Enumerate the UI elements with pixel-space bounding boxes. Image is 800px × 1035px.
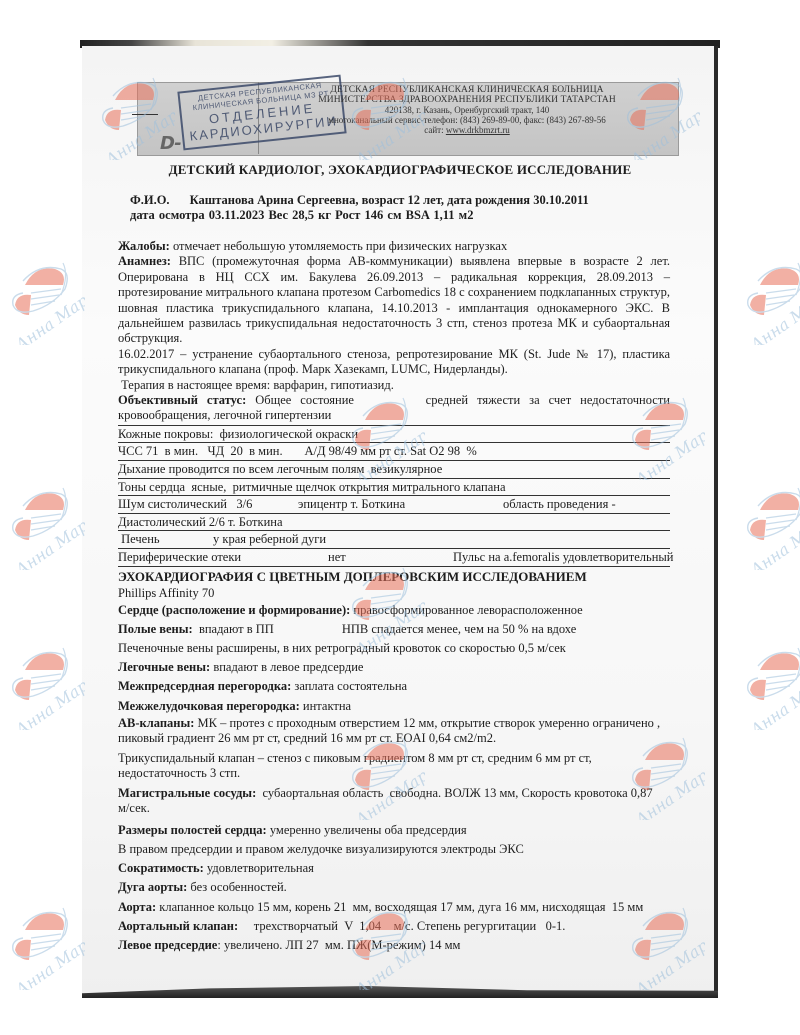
watermark-logo-icon: Анна Мария <box>345 730 425 820</box>
watermark-logo-icon: Анна Мария <box>5 640 85 730</box>
objective-row: Диастолический 2/6 т. Боткина <box>118 514 670 532</box>
watermark-logo-icon: Анна Мария <box>625 730 705 820</box>
hospital-ministry: МИНИСТЕРСТВА ЗДРАВООХРАНЕНИЯ РЕСПУБЛИКИ … <box>262 95 672 105</box>
fio-value: Каштанова Арина Сергеевна, возраст 12 ле… <box>190 193 589 207</box>
row-cell: Тоны сердца ясные, ритмичные щелчок откр… <box>118 480 506 494</box>
watermark-logo-icon: Анна Мария <box>625 390 705 480</box>
complaints-text: отмечает небольшую утомляемость при физи… <box>170 239 507 253</box>
row-cell: у края реберной дуги <box>213 531 326 548</box>
watermark-logo-icon: Анна Мария <box>5 480 85 570</box>
exam-info: дата осмотра 03.11.2023 Вес 28,5 кг Рост… <box>130 208 473 223</box>
echo-item-label: АВ-клапаны: <box>118 716 194 730</box>
objective-row: Тоны сердца ясные, ритмичные щелчок откр… <box>118 479 670 497</box>
row-cell: область проведения - <box>503 496 616 513</box>
echo-item-label: Сократимость: <box>118 861 204 875</box>
row-cell: Шум систолический 3/6 <box>118 497 252 511</box>
hospital-info: ДЕТСКАЯ РЕСПУБЛИКАНСКАЯ КЛИНИЧЕСКАЯ БОЛЬ… <box>262 85 672 135</box>
echo-item: Размеры полостей сердца: умеренно увелич… <box>118 821 670 840</box>
echo-item-label: Магистральные сосуды: <box>118 786 256 800</box>
echo-item: В правом предсердии и правом желудочке в… <box>118 840 670 859</box>
hospital-address: 420138, г. Казань, Оренбургский тракт, 1… <box>262 105 672 115</box>
echo-item-label: Размеры полостей сердца: <box>118 823 267 837</box>
echo-item-label: Аортальный клапан: <box>118 919 238 933</box>
fio-label: Ф.И.О. <box>130 193 170 207</box>
echo-item-label: Полые вены: <box>118 622 193 636</box>
echo-item-text: интактна <box>300 699 351 713</box>
watermark-logo-icon: Анна Мария <box>345 70 425 160</box>
echo-item-label: Левое предсердие <box>118 938 217 952</box>
echo-item: Легочные вены: впадают в левое предсерди… <box>118 658 670 677</box>
complaints: Жалобы: отмечает небольшую утомляемость … <box>118 239 670 254</box>
echo-item-text: Печеночные вены расширены, в них ретрогр… <box>118 641 566 655</box>
watermark-logo-icon: Анна Мария <box>620 70 700 160</box>
echo-item-text: В правом предсердии и правом желудочке в… <box>118 842 524 856</box>
watermark-logo-icon: Анна Мария <box>345 390 425 480</box>
watermark-logo-icon: Анна Мария <box>345 560 425 650</box>
watermark-logo-icon: Анна Мария <box>625 900 705 990</box>
echo-item-text: умеренно увеличены оба предсердия <box>267 823 467 837</box>
objective-row: Печеньу края реберной дуги <box>118 531 670 549</box>
echo-item-label: Межпредсердная перегородка: <box>118 679 291 693</box>
row-cell: Печень <box>118 532 160 546</box>
patient-fio: Ф.И.О.Каштанова Арина Сергеевна, возраст… <box>130 193 589 208</box>
echo-item: Межпредсердная перегородка: заплата сост… <box>118 677 670 696</box>
watermark-logo-icon: Анна Мария <box>740 255 800 345</box>
hospital-site-line: сайт: www.drkbmzrt.ru <box>262 125 672 135</box>
echo-item-text: удовлетворительная <box>204 861 314 875</box>
hospital-name: ДЕТСКАЯ РЕСПУБЛИКАНСКАЯ КЛИНИЧЕСКАЯ БОЛЬ… <box>262 85 672 95</box>
watermark-logo-icon: Анна Мария <box>5 900 85 990</box>
anamnesis-label: Анамнез: <box>118 254 171 268</box>
row-cell: Кожные покровы: физиологической окраски <box>118 427 358 441</box>
anamnesis-text: ВПС (промежуточная форма АВ-коммуникации… <box>118 254 670 345</box>
echo-item-label: Сердце (расположение и формирование): <box>118 603 350 617</box>
row-cell: Периферические отеки <box>118 550 241 564</box>
anamnesis-2017: 16.02.2017 – устранение субаортального с… <box>118 347 670 378</box>
echo-item: Сократимость: удовлетворительная <box>118 859 670 878</box>
anamnesis: Анамнез: ВПС (промежуточная форма АВ-ком… <box>118 254 670 346</box>
row-cell: Пульс на a.femoralis удовлетворительный <box>453 549 674 566</box>
hospital-phone: многоканальный сервис-телефон: (843) 269… <box>262 115 672 125</box>
complaints-label: Жалобы: <box>118 239 170 253</box>
hospital-site-link[interactable]: www.drkbmzrt.ru <box>446 125 510 135</box>
echo-item-label: Аорта: <box>118 900 156 914</box>
watermark-logo-icon: Анна Мария <box>345 900 425 990</box>
echo-item: Дуга аорты: без особенностей. <box>118 878 670 897</box>
echo-item: Межжелудочковая перегородка: интактна <box>118 697 670 716</box>
echo-item-label: Дуга аорты: <box>118 880 187 894</box>
site-label: сайт: <box>424 125 446 135</box>
echo-item-text: заплата состоятельна <box>291 679 407 693</box>
echo-item-text: впадают в левое предсердие <box>210 660 363 674</box>
row-cell: нет <box>328 549 346 566</box>
echo-item-label: Легочные вены: <box>118 660 210 674</box>
objective-label: Объективный статус: <box>118 393 246 407</box>
echo-item-text: без особенностей. <box>187 880 287 894</box>
echo-item-label: Межжелудочковая перегородка: <box>118 699 300 713</box>
objective-row: Шум систолический 3/6эпицентр т. Боткина… <box>118 496 670 514</box>
watermark-logo-icon: Анна Мария <box>740 480 800 570</box>
row-cell: Диастолический 2/6 т. Боткина <box>118 515 283 529</box>
echo-item-text: впадают в ПП <box>193 622 274 636</box>
watermark-logo-icon: Анна Мария <box>740 640 800 730</box>
row-cell: эпицентр т. Боткина <box>298 496 405 513</box>
document-title: ДЕТСКИЙ КАРДИОЛОГ, ЭХОКАРДИОГРАФИЧЕСКОЕ … <box>0 162 800 178</box>
watermark-logo-icon: Анна Мария <box>95 70 175 160</box>
watermark-logo-icon: Анна Мария <box>5 255 85 345</box>
